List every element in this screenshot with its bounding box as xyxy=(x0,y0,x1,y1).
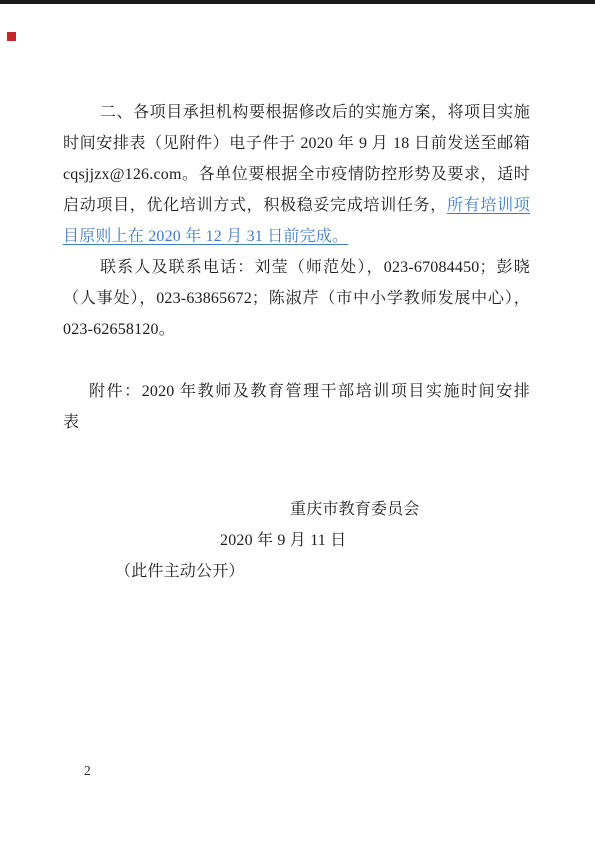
attachment-line2: 表 xyxy=(63,407,530,438)
page-number: 2 xyxy=(84,762,91,780)
deadline-emphasis-link-continued: 目原则上在 2020 年 12 月 31 日前完成。 xyxy=(63,228,348,245)
signature-organization: 重庆市教育委员会 xyxy=(290,494,530,525)
para1-line2: 时间安排表（见附件）电子件于 2020 年 9 月 18 日前发送至邮箱 xyxy=(63,128,530,159)
deadline-emphasis-link: 所有培训项 xyxy=(447,197,530,214)
para1-line4: 启动项目，优化培训方式，积极稳妥完成培训任务，所有培训项 xyxy=(63,190,530,221)
page-top-edge-bar xyxy=(0,0,595,4)
signature-date: 2020 年 9 月 11 日 xyxy=(220,525,530,556)
document-body: 二、各项目承担机构要根据修改后的实施方案，将项目实施 时间安排表（见附件）电子件… xyxy=(63,97,530,587)
para2-line2: （人事处），023-63865672；陈淑芹（市中小学教师发展中心）， xyxy=(63,283,530,314)
disclosure-note: （此件主动公开） xyxy=(115,556,530,587)
spacer xyxy=(63,438,530,494)
spacer xyxy=(63,345,530,376)
para2-line1: 联系人及联系电话：刘莹（师范处），023-67084450；彭晓 xyxy=(63,252,530,283)
para2-line3: 023-62658120。 xyxy=(63,314,530,345)
para1-line4-text: 启动项目，优化培训方式，积极稳妥完成培训任务， xyxy=(63,197,447,214)
para1-line1: 二、各项目承担机构要根据修改后的实施方案，将项目实施 xyxy=(63,97,530,128)
red-marker xyxy=(7,32,16,41)
para1-line5: 目原则上在 2020 年 12 月 31 日前完成。 xyxy=(63,221,530,252)
para1-line3: cqsjjzx@126.com。各单位要根据全市疫情防控形势及要求，适时 xyxy=(63,159,530,190)
document-page: 二、各项目承担机构要根据修改后的实施方案，将项目实施 时间安排表（见附件）电子件… xyxy=(0,0,595,841)
attachment-line1: 附件：2020 年教师及教育管理干部培训项目实施时间安排 xyxy=(63,376,530,407)
